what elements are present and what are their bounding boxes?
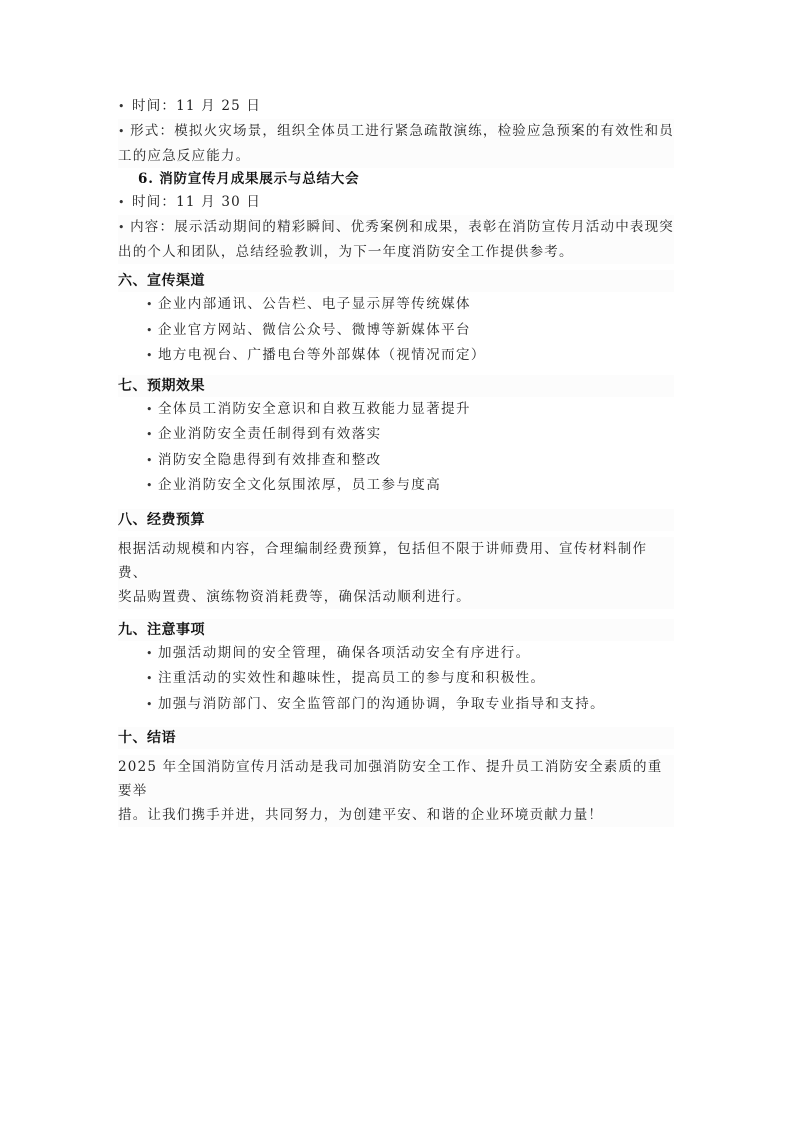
list-item: • 企业消防安全责任制得到有效落实 (146, 422, 674, 448)
bullet-icon: • (118, 120, 130, 144)
bullet-icon: • (118, 191, 132, 215)
bullet-icon: • (118, 95, 132, 119)
drill-form-text-line1: 形式：模拟火灾场景，组织全体员工进行紧急疏散演练，检验应急预案的有效性和员 (130, 119, 674, 143)
bullet-icon: • (146, 642, 158, 667)
expected-results-list: • 全体员工消防安全意识和自救互救能力显著提升 • 企业消防安全责任制得到有效落… (118, 397, 674, 499)
budget-paragraph: 根据活动规模和内容，合理编制经费预算，包括但不限于讲师费用、宣传材料制作费、 奖… (118, 537, 674, 609)
list-item-text: 注重活动的实效性和趣味性，提高员工的参与度和积极性。 (158, 666, 545, 691)
notes-list: • 加强活动期间的安全管理，确保各项活动安全有序进行。 • 注重活动的实效性和趣… (118, 641, 674, 718)
bullet-form-drill: • 形式：模拟火灾场景，组织全体员工进行紧急疏散演练，检验应急预案的有效性和员 (118, 119, 674, 144)
bullet-icon: • (146, 293, 158, 318)
bullet-icon: • (118, 216, 130, 240)
list-item-text: 企业消防安全责任制得到有效落实 (158, 422, 382, 447)
summary-content-line2: 出的个人和团队，总结经验教训，为下一年度消防安全工作提供参考。 (118, 240, 674, 264)
summary-time-text: 时间：11 月 30 日 (132, 190, 261, 214)
bullet-icon: • (146, 344, 158, 369)
section-6-heading: 六、宣传渠道 (118, 270, 674, 292)
list-item-text: 消防安全隐患得到有效排查和整改 (158, 448, 382, 473)
conclusion-line1: 2025 年全国消防宣传月活动是我司加强消防安全工作、提升员工消防安全素质的重要… (118, 755, 674, 803)
drill-time-text: 时间：11 月 25 日 (132, 94, 261, 118)
bullet-icon: • (146, 667, 158, 692)
section-10-heading: 十、结语 (118, 727, 674, 749)
drill-form-text-line2: 工的应急反应能力。 (118, 144, 674, 168)
bullet-icon: • (146, 693, 158, 718)
list-item: • 加强活动期间的安全管理，确保各项活动安全有序进行。 (146, 641, 674, 667)
list-item: • 注重活动的实效性和趣味性，提高员工的参与度和积极性。 (146, 666, 674, 692)
list-item: • 消防安全隐患得到有效排查和整改 (146, 448, 674, 474)
section-9-heading: 九、注意事项 (118, 619, 674, 641)
bullet-icon: • (146, 398, 158, 423)
document-page: • 时间：11 月 25 日 • 形式：模拟火灾场景，组织全体员工进行紧急疏散演… (118, 94, 674, 827)
list-item-text: 企业消防安全文化氛围浓厚，员工参与度高 (158, 473, 441, 498)
conclusion-line2: 措。让我们携手并进，共同努力，为创建平安、和谐的企业环境贡献力量！ (118, 803, 674, 827)
list-item-text: 加强与消防部门、安全监管部门的沟通协调，争取专业指导和支持。 (158, 692, 605, 717)
bullet-icon: • (146, 474, 158, 499)
bullet-icon: • (146, 423, 158, 448)
list-item-text: 企业内部通讯、公告栏、电子显示屏等传统媒体 (158, 292, 471, 317)
budget-line2: 奖品购置费、演练物资消耗费等，确保活动顺利进行。 (118, 585, 674, 609)
list-item-text: 加强活动期间的安全管理，确保各项活动安全有序进行。 (158, 641, 531, 666)
list-item: • 企业消防安全文化氛围浓厚，员工参与度高 (146, 473, 674, 499)
list-item: • 全体员工消防安全意识和自救互救能力显著提升 (146, 397, 674, 423)
list-item-text: 全体员工消防安全意识和自救互救能力显著提升 (158, 397, 471, 422)
drill-form-block: • 形式：模拟火灾场景，组织全体员工进行紧急疏散演练，检验应急预案的有效性和员 … (118, 119, 674, 168)
list-item-text: 企业官方网站、微信公众号、微博等新媒体平台 (158, 318, 471, 343)
summary-content-line1: 内容：展示活动期间的精彩瞬间、优秀案例和成果，表彰在消防宣传月活动中表现突 (130, 215, 674, 239)
bullet-icon: • (146, 449, 158, 474)
activity-6-title: 6. 消防宣传月成果展示与总结大会 (118, 168, 674, 190)
conclusion-paragraph: 2025 年全国消防宣传月活动是我司加强消防安全工作、提升员工消防安全素质的重要… (118, 755, 674, 827)
list-item: • 加强与消防部门、安全监管部门的沟通协调，争取专业指导和支持。 (146, 692, 674, 718)
list-item: • 地方电视台、广播电台等外部媒体（视情况而定） (146, 343, 674, 369)
bullet-icon: • (146, 319, 158, 344)
list-item: • 企业内部通讯、公告栏、电子显示屏等传统媒体 (146, 292, 674, 318)
list-item: • 企业官方网站、微信公众号、微博等新媒体平台 (146, 318, 674, 344)
bullet-content-summary: • 内容：展示活动期间的精彩瞬间、优秀案例和成果，表彰在消防宣传月活动中表现突 (118, 215, 674, 240)
summary-content-block: • 内容：展示活动期间的精彩瞬间、优秀案例和成果，表彰在消防宣传月活动中表现突 … (118, 215, 674, 264)
bullet-time-summary: • 时间：11 月 30 日 (118, 190, 674, 215)
channels-list: • 企业内部通讯、公告栏、电子显示屏等传统媒体 • 企业官方网站、微信公众号、微… (118, 292, 674, 369)
budget-line1: 根据活动规模和内容，合理编制经费预算，包括但不限于讲师费用、宣传材料制作费、 (118, 537, 674, 585)
list-item-text: 地方电视台、广播电台等外部媒体（视情况而定） (158, 343, 486, 368)
bullet-time-drill: • 时间：11 月 25 日 (118, 94, 674, 119)
section-8-heading: 八、经费预算 (118, 509, 674, 531)
section-7-heading: 七、预期效果 (118, 375, 674, 397)
